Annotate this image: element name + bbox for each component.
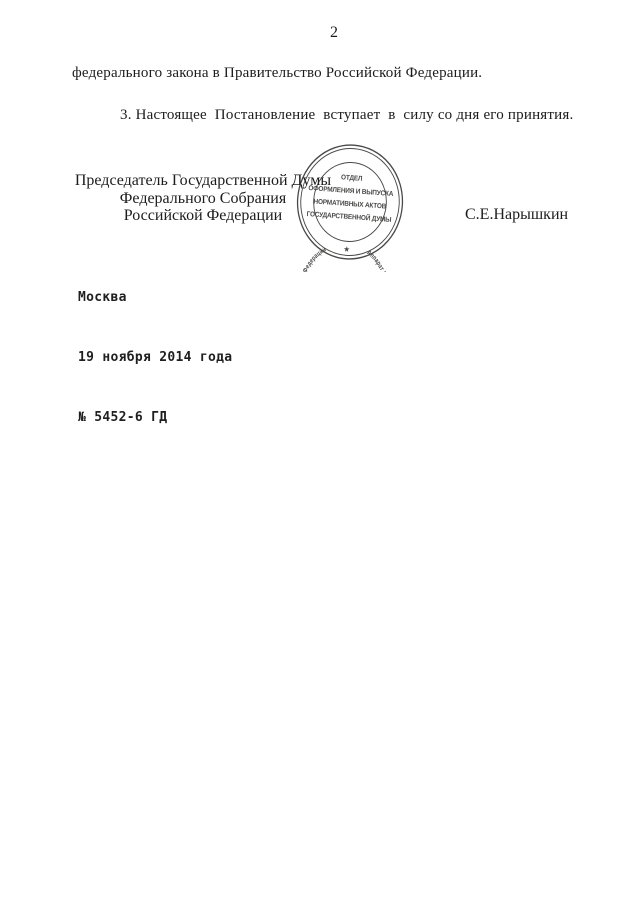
paragraph-effective-date: 3. Настоящее Постановление вступает в си…	[72, 107, 580, 124]
stamp-center-line4: ГОСУДАРСТВЕННОЙ ДУМЫ	[306, 209, 392, 224]
stamp-star-icon: ★	[343, 244, 350, 254]
official-round-stamp: Аппарат Государственной Думы Федеральног…	[280, 132, 420, 272]
stamp-center-line3: НОРМАТИВНЫХ АКТОВ	[313, 198, 386, 210]
issuance-date: 19 ноября 2014 года	[78, 348, 232, 368]
issuance-city: Москва	[78, 288, 232, 308]
document-page: 2 федерального закона в Правительство Ро…	[0, 0, 640, 905]
page-number: 2	[0, 24, 640, 42]
stamp-center-line1: ОТДЕЛ	[341, 174, 363, 183]
issuance-block: Москва 19 ноября 2014 года № 5452-6 ГД	[78, 248, 232, 468]
paragraph-federal-law: федерального закона в Правительство Росс…	[72, 65, 580, 82]
signatory-name: С.Е.Нарышкин	[465, 206, 568, 224]
issuance-number: № 5452-6 ГД	[78, 408, 232, 428]
stamp-center-line2: ОФОРМЛЕНИЯ И ВЫПУСКА	[308, 185, 394, 198]
